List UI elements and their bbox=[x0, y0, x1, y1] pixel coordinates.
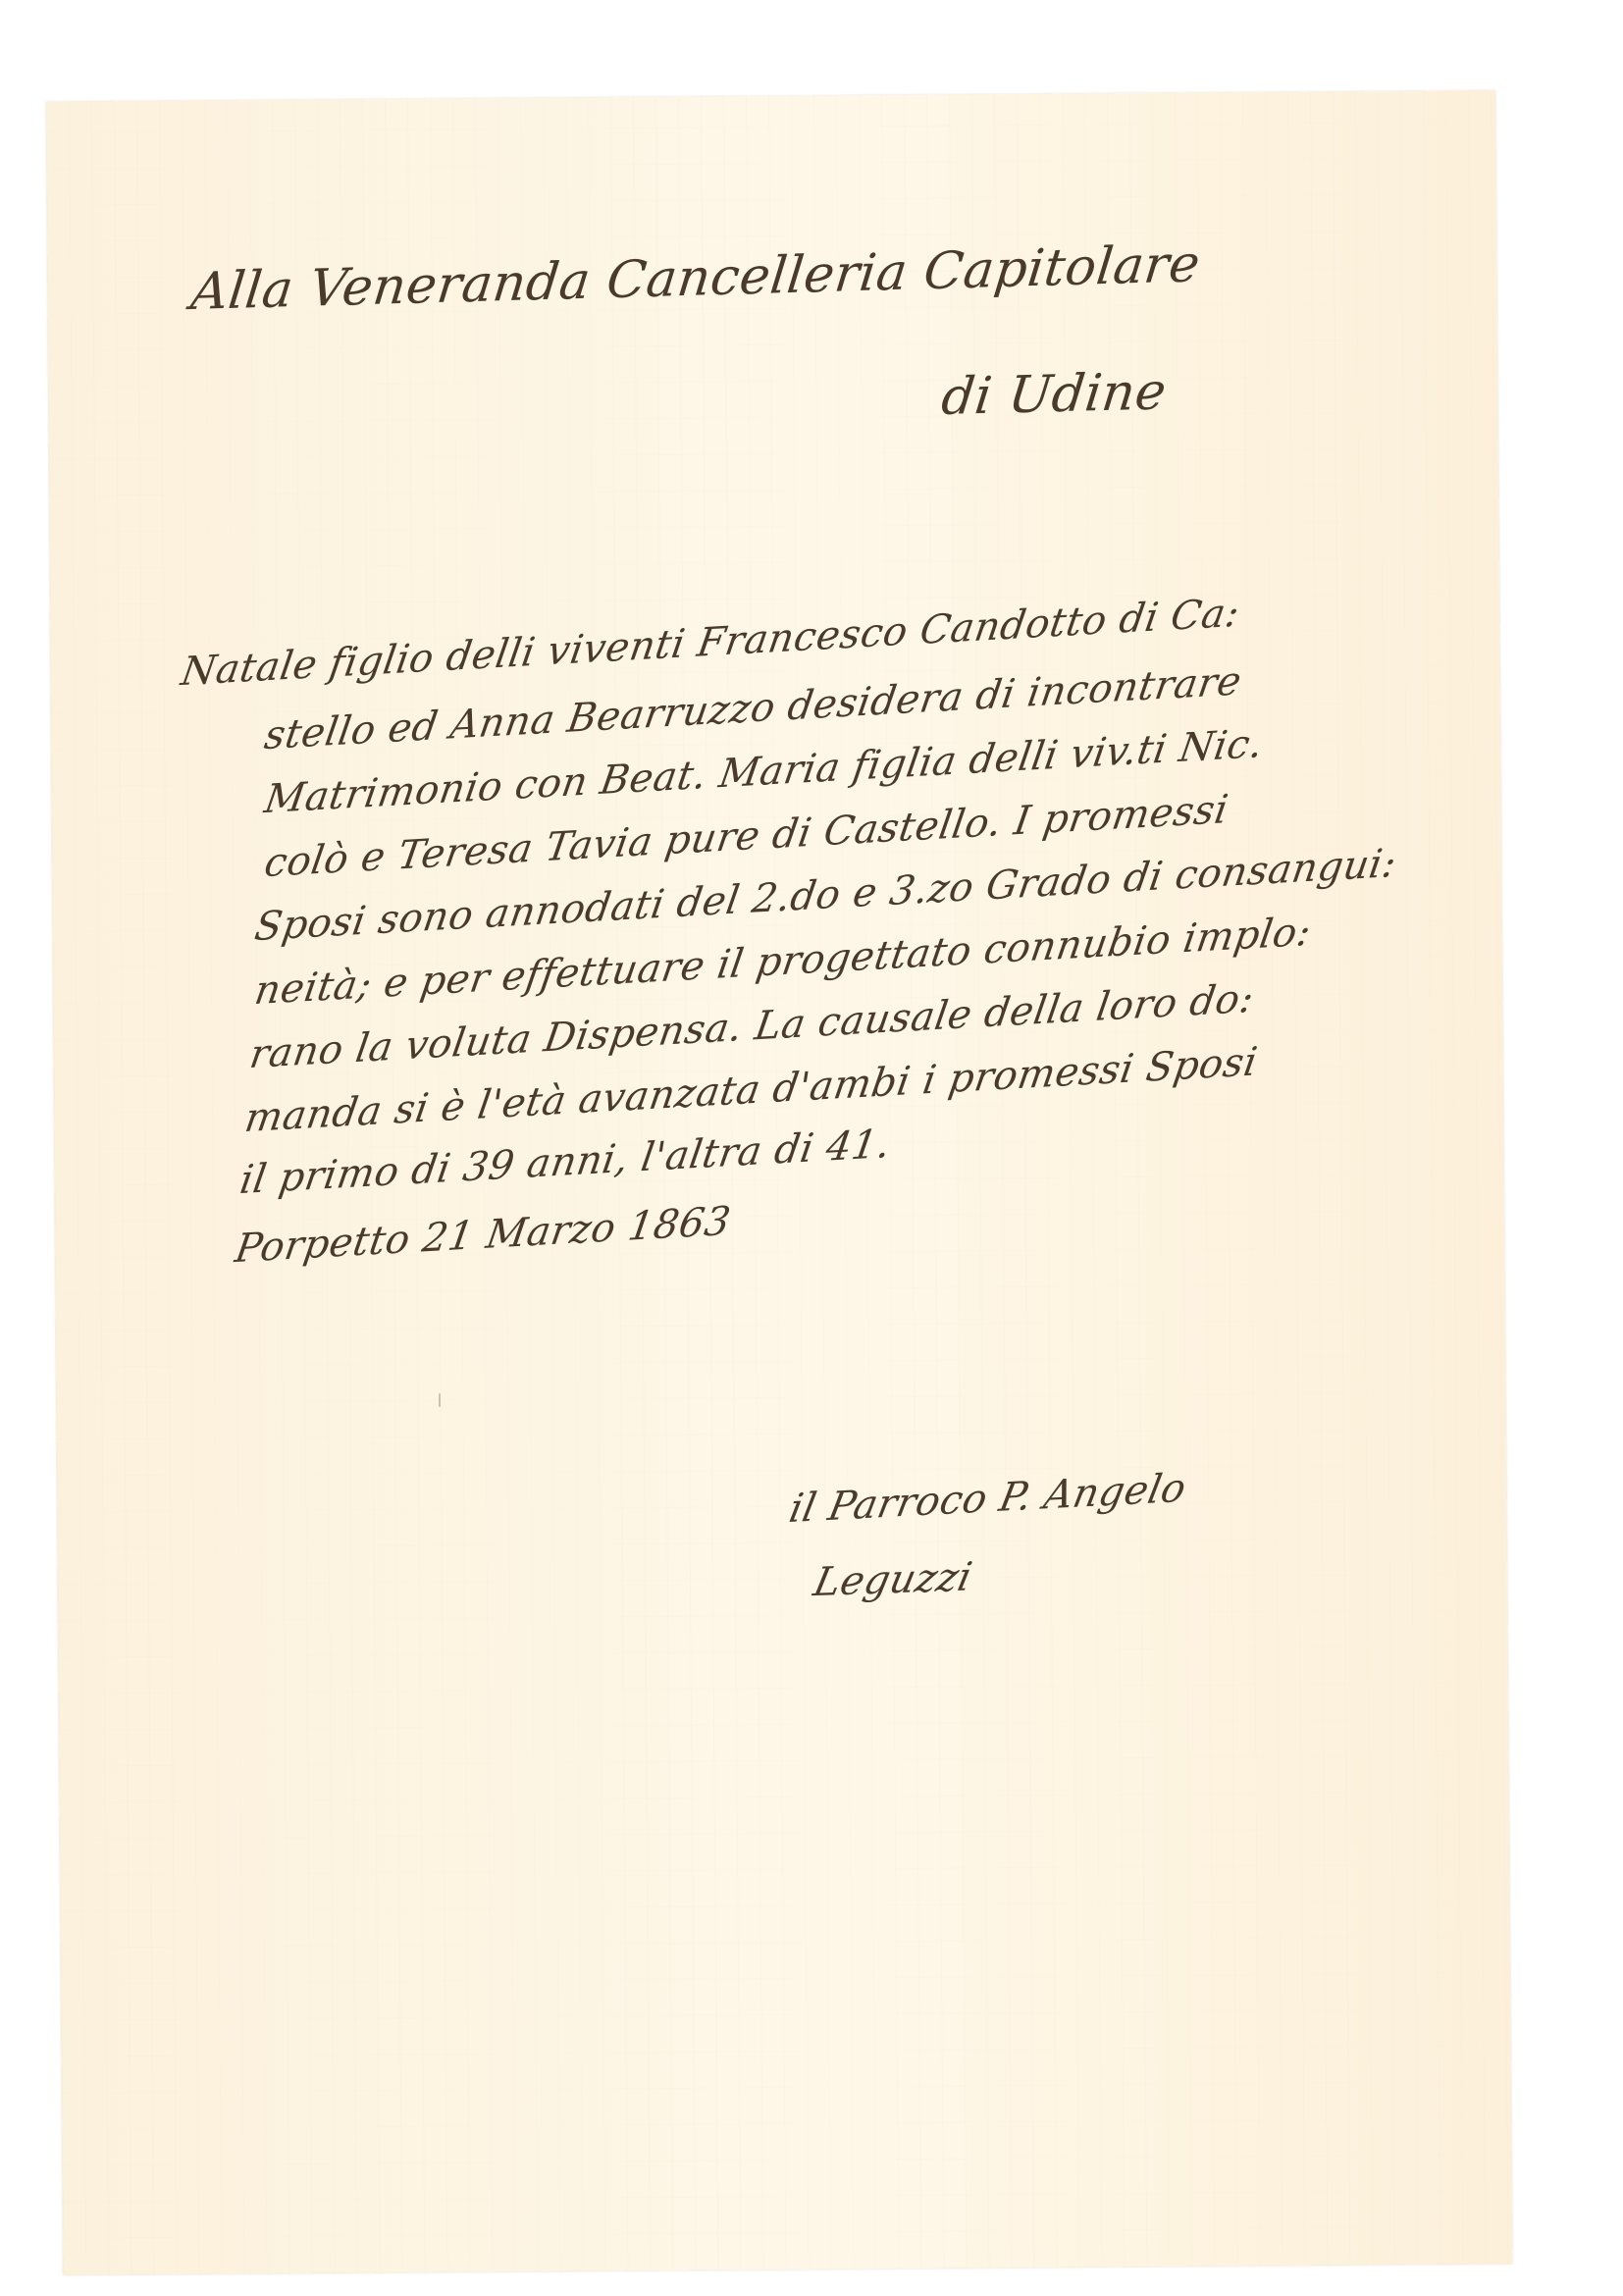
address-line-2: di Udine bbox=[939, 362, 1170, 427]
signature-name: Leguzzi bbox=[810, 1554, 976, 1605]
paper-mark bbox=[439, 1393, 441, 1407]
scanned-page: Alla Veneranda Cancelleria Capitolare di… bbox=[0, 0, 1623, 2296]
